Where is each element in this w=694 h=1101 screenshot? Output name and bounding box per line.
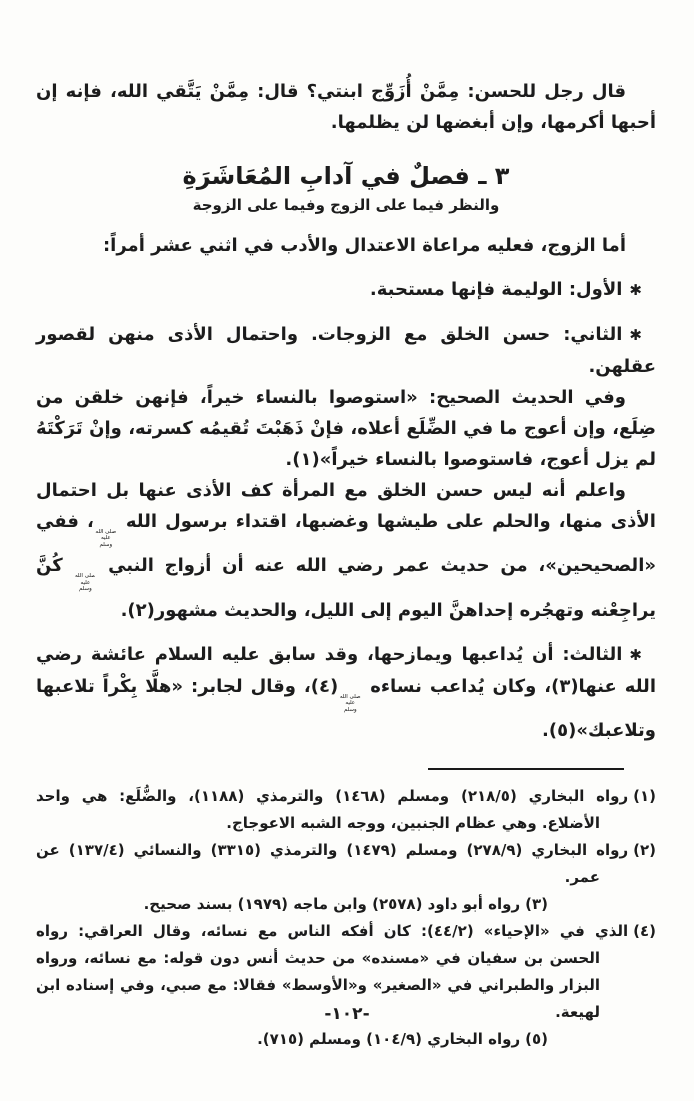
footnote-3-number: (٣) — [525, 895, 548, 913]
list-item-second: ✱الثاني: حسن الخلق مع الزوجات. واحتمال ا… — [36, 319, 656, 382]
patience-text-1: واعلم أنه ليس حسن الخلق مع المرأة كف الأ… — [36, 480, 656, 532]
footnote-3-text: رواه أبو داود (٢٥٧٨) وابن ماجه (١٩٧٩) بس… — [144, 895, 521, 913]
star-icon: ✱ — [629, 320, 642, 351]
footnote-2-number: (٢) — [633, 841, 656, 859]
footnote-3: (٣)رواه أبو داود (٢٥٧٨) وابن ماجه (١٩٧٩)… — [36, 891, 548, 918]
footnote-1: (١)رواه البخاري (٢١٨/٥) ومسلم (١٤٦٨) وال… — [36, 783, 656, 837]
footnote-separator — [428, 768, 624, 770]
footnote-1-number: (١) — [633, 787, 656, 805]
footnote-4-number: (٤) — [633, 922, 656, 940]
page-number: -١٠٢- — [0, 1004, 694, 1024]
chapter-heading: ٣ ـ فصلٌ في آدابِ المُعَاشَرَةِ والنظر ف… — [36, 162, 656, 214]
page-content: قال رجل للحسن: مِمَّنْ أُزَوِّج ابنتي؟ ق… — [36, 0, 656, 1053]
chapter-title: ٣ ـ فصلٌ في آدابِ المُعَاشَرَةِ — [36, 162, 656, 190]
pbuh-symbol-icon: صلى الله عليه وسلم — [73, 571, 97, 595]
footnote-2: (٢)رواه البخاري (٢٧٨/٩) ومسلم (١٤٧٩) وال… — [36, 837, 656, 891]
list-item-second-text: الثاني: حسن الخلق مع الزوجات. واحتمال ال… — [36, 324, 656, 377]
footnote-2-text: رواه البخاري (٢٧٨/٩) ومسلم (١٤٧٩) والترم… — [36, 841, 628, 886]
patience-paragraph: واعلم أنه ليس حسن الخلق مع المرأة كف الأ… — [36, 475, 656, 626]
star-icon: ✱ — [629, 640, 642, 671]
book-page: قال رجل للحسن: مِمَّنْ أُزَوِّج ابنتي؟ ق… — [0, 0, 694, 1101]
footnote-5: (٥)رواه البخاري (١٠٤/٩) ومسلم (٧١٥). — [36, 1026, 548, 1053]
footnote-5-number: (٥) — [525, 1030, 548, 1048]
star-icon: ✱ — [629, 275, 642, 306]
list-item-first: ✱الأول: الوليمة فإنها مستحبة. — [36, 274, 656, 306]
hadith-paragraph: وفي الحديث الصحيح: «استوصوا بالنساء خيرا… — [36, 382, 656, 475]
husband-duties-paragraph: أما الزوج، فعليه مراعاة الاعتدال والأدب … — [36, 230, 656, 261]
footnote-5-text: رواه البخاري (١٠٤/٩) ومسلم (٧١٥). — [257, 1030, 520, 1048]
chapter-subtitle: والنظر فيما على الزوج وفيما على الزوجة — [36, 196, 656, 214]
footnote-1-text: رواه البخاري (٢١٨/٥) ومسلم (١٤٦٨) والترم… — [36, 787, 628, 832]
intro-paragraph: قال رجل للحسن: مِمَّنْ أُزَوِّج ابنتي؟ ق… — [36, 76, 656, 138]
list-item-first-text: الأول: الوليمة فإنها مستحبة. — [370, 279, 623, 300]
pbuh-symbol-icon: صلى الله عليه وسلم — [94, 526, 118, 550]
list-item-third: ✱الثالث: أن يُداعبها ويمازحها، وقد سابق … — [36, 639, 656, 746]
pbuh-symbol-icon: صلى الله عليه وسلم — [338, 691, 362, 715]
